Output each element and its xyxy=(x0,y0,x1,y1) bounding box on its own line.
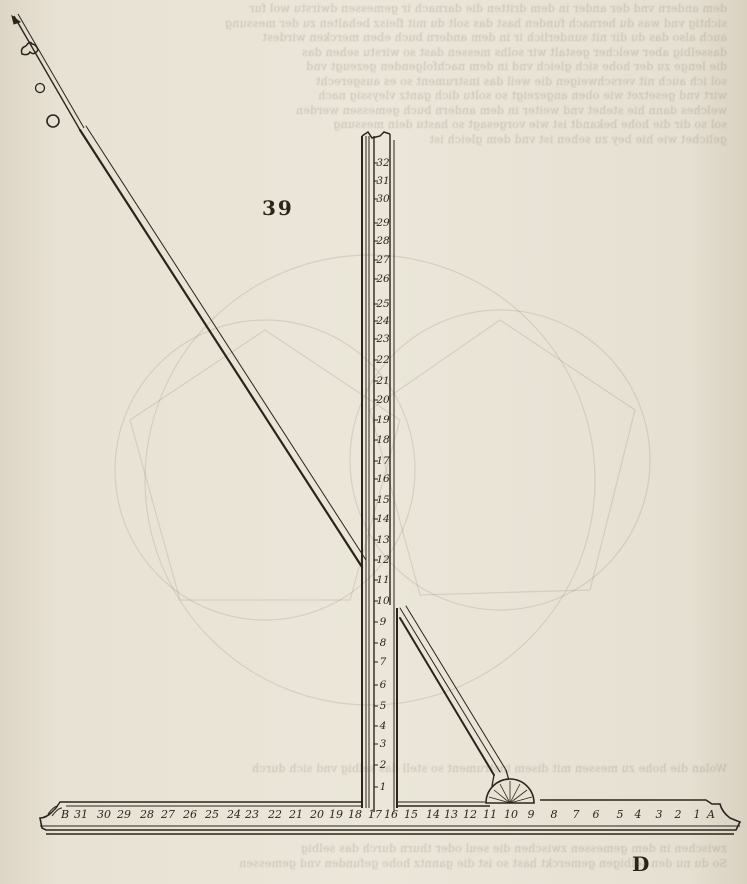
vertical-scale-label: 19 xyxy=(372,414,394,426)
horizontal-scale-label: 11 xyxy=(479,809,501,821)
horizontal-scale-label: 27 xyxy=(157,809,179,821)
vertical-scale-label: 6 xyxy=(372,679,394,691)
horizontal-scale-label: A xyxy=(700,809,722,821)
vertical-scale-label: 24 xyxy=(372,315,394,327)
book-page: dem andern vnd der ander in dem dritten … xyxy=(0,0,747,884)
vertical-scale-label: 21 xyxy=(372,375,394,387)
horizontal-scale-label: 26 xyxy=(179,809,201,821)
horizontal-scale-label: 10 xyxy=(500,809,522,821)
vertical-scale-label: 1 xyxy=(372,781,394,793)
vertical-scale-label: 14 xyxy=(372,513,394,525)
horizontal-scale-label: 30 xyxy=(93,809,115,821)
horizontal-scale-label: 22 xyxy=(264,809,286,821)
vertical-scale-label: 15 xyxy=(372,494,394,506)
horizontal-scale-label: 25 xyxy=(201,809,223,821)
vertical-scale-label: 27 xyxy=(372,254,394,266)
vertical-scale-label: 17 xyxy=(372,455,394,467)
horizontal-scale-label: 28 xyxy=(136,809,158,821)
vertical-scale-label: 13 xyxy=(372,534,394,546)
vertical-scale-label: 10 xyxy=(372,595,394,607)
vertical-scale-label: 25 xyxy=(372,298,394,310)
horizontal-scale-label: 18 xyxy=(344,809,366,821)
horizontal-scale-label: 7 xyxy=(565,809,587,821)
vertical-scale-label: 2 xyxy=(372,759,394,771)
vertical-scale-label: 28 xyxy=(372,235,394,247)
horizontal-scale-label: 8 xyxy=(543,809,565,821)
horizontal-scale-label: 16 xyxy=(380,809,402,821)
vertical-scale-label: 26 xyxy=(372,273,394,285)
vertical-scale-label: 16 xyxy=(372,473,394,485)
vertical-scale-label: 29 xyxy=(372,217,394,229)
vertical-scale-label: 12 xyxy=(372,554,394,566)
vertical-scale-label: 7 xyxy=(372,656,394,668)
horizontal-scale-label: 29 xyxy=(113,809,135,821)
horizontal-scale-label: 6 xyxy=(585,809,607,821)
vertical-scale-label: 4 xyxy=(372,720,394,732)
figure-number: 39 xyxy=(262,196,294,220)
vertical-scale-label: 32 xyxy=(372,157,394,169)
horizontal-scale-label: 31 xyxy=(70,809,92,821)
vertical-scale-label: 8 xyxy=(372,637,394,649)
vertical-scale-label: 5 xyxy=(372,700,394,712)
vertical-scale-label: 9 xyxy=(372,616,394,628)
vertical-scale-label: 20 xyxy=(372,394,394,406)
staff-finial xyxy=(12,14,84,130)
horizontal-scale-label: 15 xyxy=(400,809,422,821)
vertical-scale-label: 18 xyxy=(372,434,394,446)
horizontal-scale-label: 9 xyxy=(520,809,542,821)
vertical-scale-label: 30 xyxy=(372,193,394,205)
signature-mark: D xyxy=(632,852,649,876)
vertical-scale-label: 22 xyxy=(372,354,394,366)
horizontal-scale-label: 12 xyxy=(459,809,481,821)
vertical-scale-label: 3 xyxy=(372,738,394,750)
vertical-scale-label: 11 xyxy=(372,574,394,586)
horizontal-scale-label: 4 xyxy=(627,809,649,821)
horizontal-scale-label: 21 xyxy=(285,809,307,821)
vertical-scale-label: 31 xyxy=(372,175,394,187)
horizontal-scale-label: 23 xyxy=(241,809,263,821)
vertical-scale-label: 23 xyxy=(372,333,394,345)
